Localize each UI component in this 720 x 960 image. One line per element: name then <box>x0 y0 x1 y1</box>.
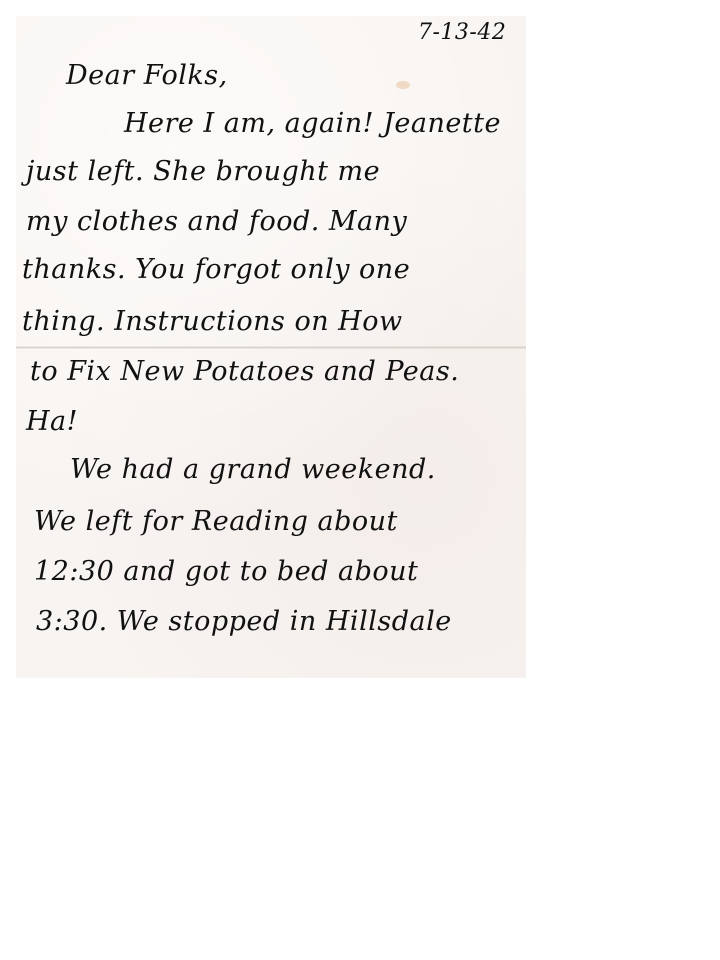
paper-stain <box>396 81 410 89</box>
letter-line: We left for Reading about <box>34 506 398 537</box>
letter-line: thing. Instructions on How <box>22 306 403 337</box>
letter-line: to Fix New Potatoes and Peas. <box>30 356 459 387</box>
letter-line: just left. She brought me <box>26 156 380 187</box>
letter-line: 12:30 and got to bed about <box>34 556 418 587</box>
letter-line: Ha! <box>26 406 78 437</box>
letter-page: 7-13-42 Dear Folks, Here I am, again! Je… <box>16 16 526 678</box>
letter-line: my clothes and food. Many <box>26 206 407 237</box>
letter-line: thanks. You forgot only one <box>22 254 410 285</box>
letter-salutation: Dear Folks, <box>66 60 228 91</box>
paper-fold-crease <box>16 346 526 349</box>
letter-line: We had a grand weekend. <box>70 454 436 485</box>
letter-line: 3:30. We stopped in Hillsdale <box>36 606 452 637</box>
letter-date: 7-13-42 <box>418 20 506 45</box>
letter-line: Here I am, again! Jeanette <box>124 108 501 139</box>
